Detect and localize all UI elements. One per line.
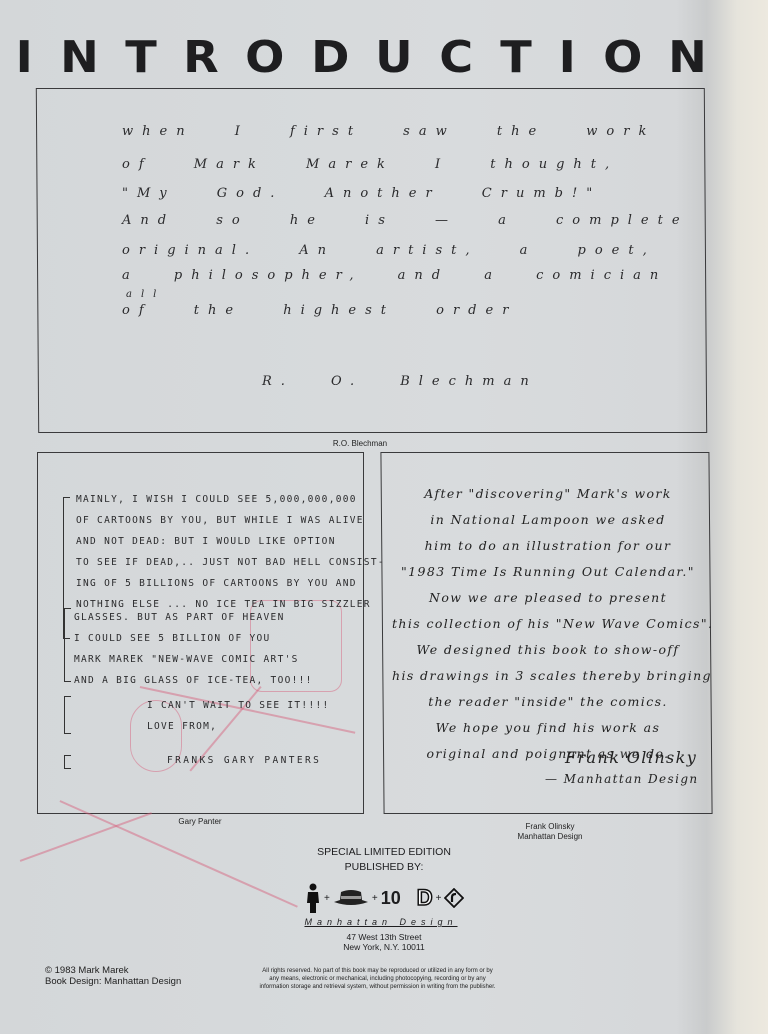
- edition-label: SPECIAL LIMITED EDITION: [0, 846, 768, 858]
- panter-line: I COULD SEE 5 BILLION OF YOU: [74, 628, 313, 649]
- manhattan-design-rebus-logo: + + 10 D +: [305, 883, 464, 913]
- blechman-line: original. An artist, a poet,: [122, 243, 656, 258]
- panter-line: I CAN'T WAIT TO SEE IT!!!!: [147, 695, 330, 716]
- panter-line: AND NOT DEAD: BUT I WOULD LIKE OPTION: [76, 531, 385, 552]
- olinsky-line: After "discovering" Mark's work: [392, 481, 704, 507]
- title-letter: I: [559, 36, 576, 80]
- rebus-plus: +: [324, 893, 330, 904]
- title-letter: O: [603, 36, 642, 80]
- blechman-line: of Mark Marek I thought,: [122, 157, 618, 172]
- olinsky-line: Now we are pleased to present: [392, 585, 704, 611]
- road-sign-icon: [444, 888, 464, 908]
- copyright-line: © 1983 Mark Marek: [45, 965, 181, 976]
- panter-paragraph-2: GLASSES. BUT AS PART OF HEAVEN I COULD S…: [74, 607, 313, 691]
- olinsky-line: this collection of his "New Wave Comics"…: [392, 611, 704, 637]
- blechman-line: of the highest order: [122, 303, 517, 318]
- olinsky-signature-org: — Manhattan Design: [545, 770, 699, 788]
- panter-line: LOVE FROM,: [147, 716, 330, 737]
- panter-line: MAINLY, I WISH I COULD SEE 5,000,000,000: [76, 489, 385, 510]
- blechman-line: a philosopher, and a comician: [122, 268, 667, 283]
- olinsky-line: in National Lampoon we asked: [392, 507, 704, 533]
- olinsky-line: We designed this book to show-off: [392, 637, 704, 663]
- rights-line: information storage and retrieval system…: [240, 983, 515, 991]
- title-letter: I: [16, 36, 33, 80]
- man-figure-icon: [305, 883, 321, 913]
- book-design-line: Book Design: Manhattan Design: [45, 976, 181, 987]
- manhattan-design-wordmark: Manhattan Design: [0, 917, 765, 927]
- title-letter: T: [125, 36, 157, 80]
- panter-signoff: FRANKS GARY PANTERS: [167, 750, 321, 771]
- olinsky-line: the reader "inside" the comics.: [392, 689, 704, 715]
- title-letter: N: [60, 36, 99, 80]
- olinsky-line: him to do an illustration for our: [392, 533, 704, 559]
- rebus-plus: +: [436, 893, 442, 904]
- olinsky-caption: Frank Olinsky Manhattan Design: [500, 822, 600, 842]
- title-letter: O: [245, 36, 284, 80]
- bracket-mark: [64, 608, 71, 682]
- book-page: I N T R O D U C T I O N when I first saw…: [0, 0, 768, 1034]
- page-title: I N T R O D U C T I O N: [16, 36, 706, 80]
- olinsky-caption-org: Manhattan Design: [500, 832, 600, 842]
- panter-paragraph-3: I CAN'T WAIT TO SEE IT!!!! LOVE FROM,: [147, 695, 330, 737]
- blechman-line: when I first saw the work: [122, 124, 655, 139]
- rights-notice: All rights reserved. No part of this boo…: [240, 967, 515, 991]
- title-letter: D: [311, 36, 349, 80]
- rights-line: any means, electronic or mechanical, inc…: [240, 975, 515, 983]
- bracket-mark: [64, 755, 71, 769]
- olinsky-caption-name: Frank Olinsky: [500, 822, 600, 832]
- blechman-signature: R. O. Blechman: [262, 374, 538, 389]
- title-letter: R: [183, 36, 219, 80]
- address-street: 47 West 13th Street: [0, 932, 768, 942]
- blechman-line: And so he is — a complete: [122, 213, 689, 228]
- rights-line: All rights reserved. No part of this boo…: [240, 967, 515, 975]
- blechman-line: "My God. Another Crumb!": [122, 186, 601, 201]
- blechman-insert-mark: all: [126, 289, 165, 300]
- title-letter: T: [500, 36, 532, 80]
- address-city: New York, N.Y. 10011: [0, 942, 768, 952]
- panter-caption: Gary Panter: [150, 817, 250, 826]
- bracket-mark: [64, 696, 71, 734]
- rebus-ten: 10: [381, 888, 401, 909]
- hat-icon: [333, 889, 369, 907]
- rebus-d: D: [417, 885, 433, 911]
- panter-line: ING OF 5 BILLIONS OF CARTOONS BY YOU AND: [76, 573, 385, 594]
- title-letter: N: [668, 36, 707, 80]
- panter-line: AND A BIG GLASS OF ICE-TEA, TOO!!!: [74, 670, 313, 691]
- olinsky-line: "1983 Time Is Running Out Calendar.": [392, 559, 704, 585]
- panter-paragraph-1: MAINLY, I WISH I COULD SEE 5,000,000,000…: [76, 489, 385, 615]
- title-letter: U: [375, 36, 413, 80]
- blechman-caption: R.O. Blechman: [300, 439, 420, 448]
- title-letter: C: [439, 36, 473, 80]
- rebus-plus: +: [372, 893, 378, 904]
- olinsky-line: his drawings in 3 scales thereby bringin…: [392, 663, 704, 689]
- olinsky-line: We hope you find his work as: [392, 715, 704, 741]
- olinsky-note-body: After "discovering" Mark's work in Natio…: [392, 481, 704, 767]
- panter-line: MARK MAREK "NEW-WAVE COMIC ART'S: [74, 649, 313, 670]
- copyright-block: © 1983 Mark Marek Book Design: Manhattan…: [45, 965, 181, 987]
- published-by-label: PUBLISHED BY:: [0, 861, 768, 873]
- panter-line: GLASSES. BUT AS PART OF HEAVEN: [74, 607, 313, 628]
- panter-line: OF CARTOONS BY YOU, BUT WHILE I WAS ALIV…: [76, 510, 385, 531]
- olinsky-signature-name: Frank Olinsky: [565, 748, 697, 768]
- panter-line: TO SEE IF DEAD,.. JUST NOT BAD HELL CONS…: [76, 552, 385, 573]
